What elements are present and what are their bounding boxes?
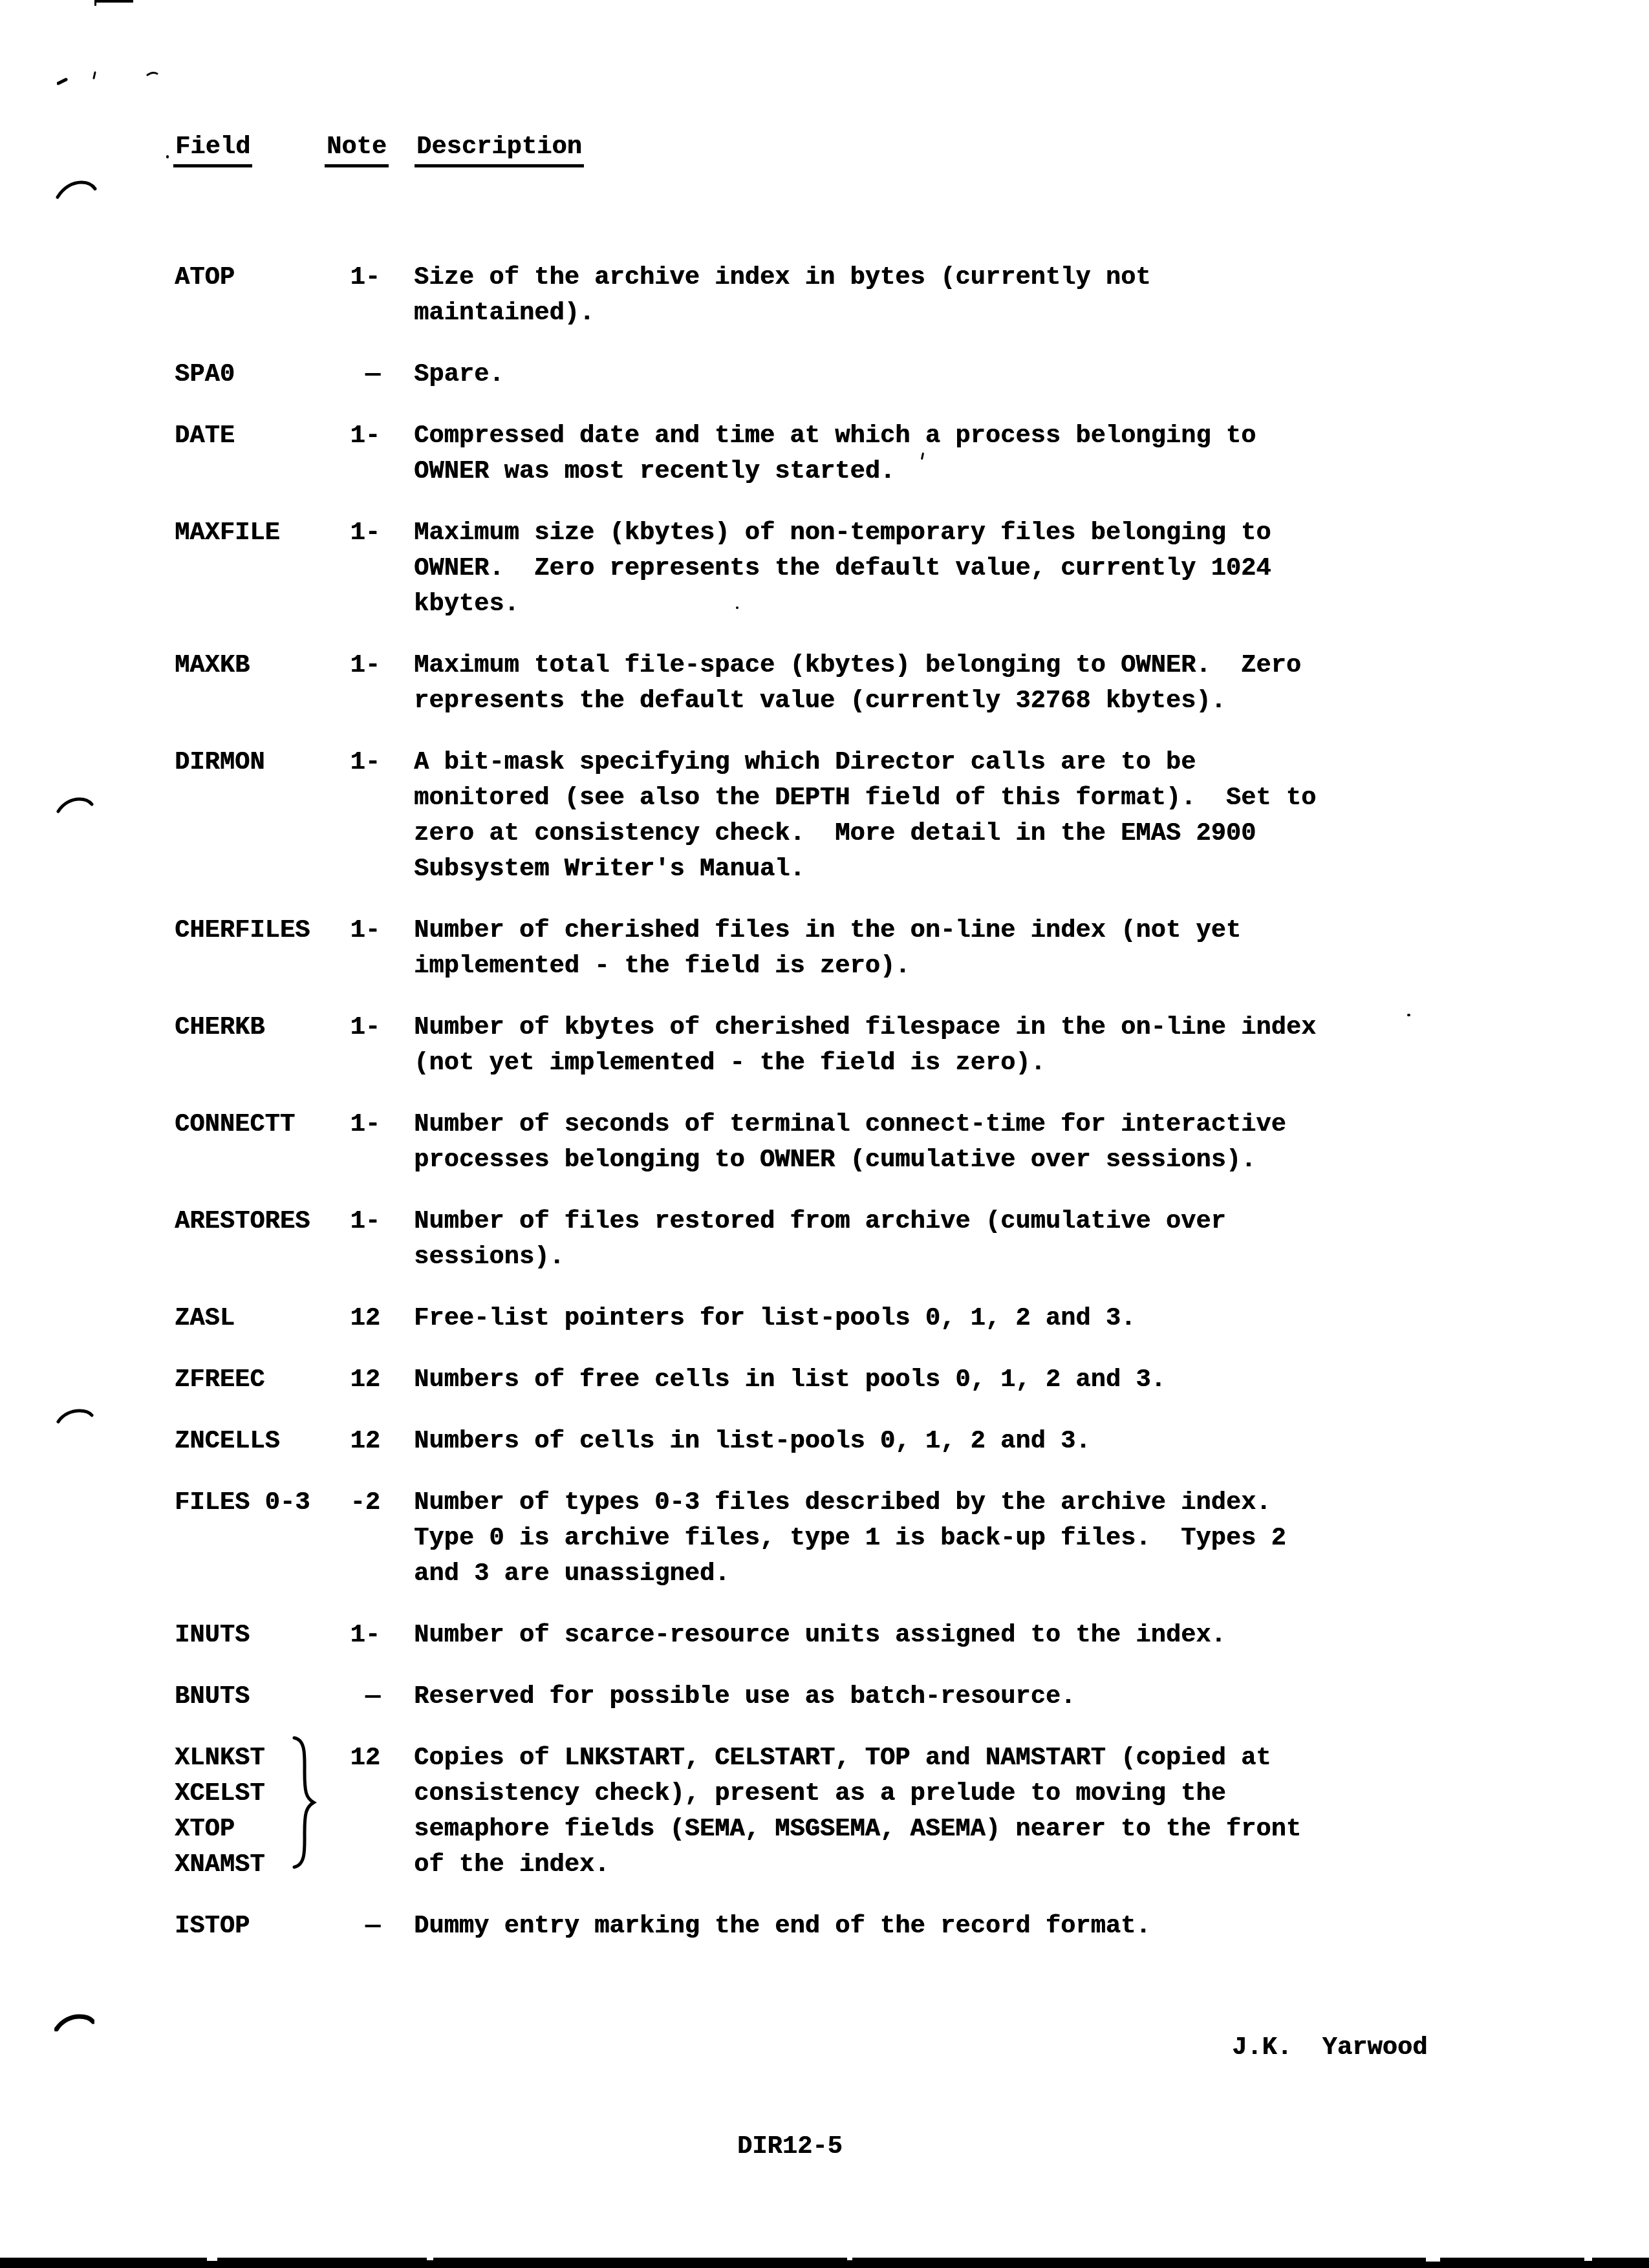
description-line: Spare.	[414, 357, 1649, 392]
note-value: 1-	[278, 515, 380, 551]
description-line: implemented - the field is zero).	[414, 948, 1649, 984]
description-line: Numbers of cells in list-pools 0, 1, 2 a…	[414, 1424, 1649, 1459]
field-labels: INUTS	[175, 1618, 250, 1653]
note-value: 1-	[278, 1204, 380, 1239]
scanned-document: { "header": { "field": "Field", "note": …	[0, 0, 1649, 2268]
description-line: Dummy entry marking the end of the recor…	[414, 1909, 1649, 1944]
description-line: Number of kbytes of cherished filespace …	[414, 1010, 1649, 1045]
field-entry-istop: ISTOP—Dummy entry marking the end of the…	[0, 1909, 1649, 1944]
description-line: represents the default value (currently …	[414, 683, 1649, 719]
field-entry-cherfiles: CHERFILES1-Number of cherished files in …	[0, 913, 1649, 984]
field-label: MAXKB	[175, 648, 250, 683]
column-header-field: Field	[173, 133, 252, 167]
description-line: Number of scarce-resource units assigned…	[414, 1618, 1649, 1653]
description-line: A bit-mask specifying which Director cal…	[414, 745, 1649, 780]
description: Number of types 0-3 files described by t…	[414, 1485, 1649, 1592]
description: Numbers of free cells in list pools 0, 1…	[414, 1362, 1649, 1398]
scan-artifact-notch	[207, 2258, 217, 2261]
field-labels: ZNCELLS	[175, 1424, 280, 1459]
scan-artifact-notch	[847, 2258, 852, 2260]
note-value: 1-	[278, 1107, 380, 1142]
description: Number of files restored from archive (c…	[414, 1204, 1649, 1275]
description-line: Subsystem Writer's Manual.	[414, 851, 1649, 887]
field-labels: ATOP	[175, 260, 235, 295]
field-entry-connectt: CONNECTT1-Number of seconds of terminal …	[0, 1107, 1649, 1178]
description-line: Size of the archive index in bytes (curr…	[414, 260, 1649, 295]
note-value: 12	[278, 1424, 380, 1459]
field-entry-list: ATOP1-Size of the archive index in bytes…	[0, 260, 1649, 1970]
field-labels: ZFREEC	[175, 1362, 265, 1398]
field-labels: ISTOP	[175, 1909, 250, 1944]
field-entry-inuts: INUTS1-Number of scarce-resource units a…	[0, 1618, 1649, 1653]
description-line: Number of seconds of terminal connect-ti…	[414, 1107, 1649, 1142]
description: Number of scarce-resource units assigned…	[414, 1618, 1649, 1653]
field-labels: BNUTS	[175, 1679, 250, 1715]
description-line: OWNER. Zero represents the default value…	[414, 551, 1649, 586]
scan-artifact-notch	[1426, 2258, 1440, 2262]
scan-artifact-top-tick	[94, 0, 96, 6]
scan-artifact-dash	[57, 77, 69, 86]
scan-artifact-curl	[146, 70, 159, 78]
field-labels: CONNECTT	[175, 1107, 295, 1142]
description-line: (not yet implemented - the field is zero…	[414, 1045, 1649, 1081]
description-line: monitored (see also the DEPTH field of t…	[414, 780, 1649, 816]
field-label: CHERKB	[175, 1010, 265, 1045]
field-labels: DIRMON	[175, 745, 265, 780]
description-line: semaphore fields (SEMA, MSGSEMA, ASEMA) …	[414, 1812, 1649, 1847]
description: Compressed date and time at which a proc…	[414, 418, 1649, 489]
note-value: 12	[278, 1740, 380, 1776]
field-label: ZNCELLS	[175, 1424, 280, 1459]
author-signature: J.K. Yarwood	[1232, 2033, 1427, 2062]
note-value: —	[278, 1679, 380, 1715]
note-value: 1-	[278, 745, 380, 780]
note-value: —	[278, 1909, 380, 1944]
description-line: Maximum size (kbytes) of non-temporary f…	[414, 515, 1649, 551]
field-label: INUTS	[175, 1618, 250, 1653]
document-page: Field Note Description ATOP1-Size of the…	[0, 0, 1649, 2268]
description: Number of seconds of terminal connect-ti…	[414, 1107, 1649, 1178]
description-line: Free-list pointers for list-pools 0, 1, …	[414, 1301, 1649, 1336]
scan-artifact-curve	[54, 2013, 94, 2031]
field-labels: ZASL	[175, 1301, 235, 1336]
description-line: Reserved for possible use as batch-resou…	[414, 1679, 1649, 1715]
description: Copies of LNKSTART, CELSTART, TOP and NA…	[414, 1740, 1649, 1883]
description: Numbers of cells in list-pools 0, 1, 2 a…	[414, 1424, 1649, 1459]
field-label: BNUTS	[175, 1679, 250, 1715]
description-line: maintained).	[414, 295, 1649, 331]
description-line: processes belonging to OWNER (cumulative…	[414, 1142, 1649, 1178]
description-line: Copies of LNKSTART, CELSTART, TOP and NA…	[414, 1740, 1649, 1776]
field-label: XLNKST	[175, 1740, 265, 1776]
scan-artifact-notch	[427, 2258, 433, 2260]
note-value: 12	[278, 1362, 380, 1398]
column-header-description: Description	[415, 133, 584, 167]
note-value: 1-	[278, 418, 380, 454]
field-label: DATE	[175, 418, 235, 454]
description-line: zero at consistency check. More detail i…	[414, 816, 1649, 851]
description: Number of kbytes of cherished filespace …	[414, 1010, 1649, 1081]
field-label: DIRMON	[175, 745, 265, 780]
description: Maximum size (kbytes) of non-temporary f…	[414, 515, 1649, 622]
scan-artifact-notch	[1584, 2258, 1592, 2261]
field-labels: XLNKSTXCELSTXTOPXNAMST	[175, 1740, 265, 1883]
description-line: Number of cherished files in the on-line…	[414, 913, 1649, 948]
field-entry-zasl: ZASL12Free-list pointers for list-pools …	[0, 1301, 1649, 1336]
field-entry-dirmon: DIRMON1-A bit-mask specifying which Dire…	[0, 745, 1649, 887]
field-label: ZFREEC	[175, 1362, 265, 1398]
page-number: DIR12-5	[737, 2132, 843, 2161]
note-value: 1-	[278, 1618, 380, 1653]
field-entry-zfreec: ZFREEC12Numbers of free cells in list po…	[0, 1362, 1649, 1398]
field-entry-maxfile: MAXFILE1-Maximum size (kbytes) of non-te…	[0, 515, 1649, 622]
note-value: 12	[278, 1301, 380, 1336]
description-line: of the index.	[414, 1847, 1649, 1883]
description: Maximum total file-space (kbytes) belong…	[414, 648, 1649, 719]
scan-artifact-top-line	[96, 0, 133, 3]
field-label: SPA0	[175, 357, 235, 392]
description-line: Numbers of free cells in list pools 0, 1…	[414, 1362, 1649, 1398]
table-header-row: Field Note Description	[0, 133, 1649, 171]
field-labels: CHERKB	[175, 1010, 265, 1045]
note-value: 1-	[278, 260, 380, 295]
note-value: -2	[278, 1485, 380, 1521]
field-labels: DATE	[175, 418, 235, 454]
field-entry-atop: ATOP1-Size of the archive index in bytes…	[0, 260, 1649, 331]
description-line: OWNER was most recently started.	[414, 454, 1649, 489]
note-value: 1-	[278, 1010, 380, 1045]
field-entry-xlnkst: XLNKSTXCELSTXTOPXNAMST12Copies of LNKSTA…	[0, 1740, 1649, 1883]
field-entry-zncells: ZNCELLS12Numbers of cells in list-pools …	[0, 1424, 1649, 1459]
description: Free-list pointers for list-pools 0, 1, …	[414, 1301, 1649, 1336]
field-entry-cherkb: CHERKB1-Number of kbytes of cherished fi…	[0, 1010, 1649, 1081]
field-label: ZASL	[175, 1301, 235, 1336]
description-line: kbytes.	[414, 586, 1649, 622]
field-label: MAXFILE	[175, 515, 280, 551]
description-line: Maximum total file-space (kbytes) belong…	[414, 648, 1649, 683]
field-label: XCELST	[175, 1776, 265, 1812]
field-label: XTOP	[175, 1812, 265, 1847]
field-labels: MAXFILE	[175, 515, 280, 551]
field-entry-bnuts: BNUTS—Reserved for possible use as batch…	[0, 1679, 1649, 1715]
field-label: ATOP	[175, 260, 235, 295]
field-entry-date: DATE1-Compressed date and time at which …	[0, 418, 1649, 489]
field-label: CONNECTT	[175, 1107, 295, 1142]
description-line: Number of types 0-3 files described by t…	[414, 1485, 1649, 1521]
field-entry-spa0: SPA0—Spare.	[0, 357, 1649, 392]
description-line: Type 0 is archive files, type 1 is back-…	[414, 1521, 1649, 1556]
description-line: Compressed date and time at which a proc…	[414, 418, 1649, 454]
description: Reserved for possible use as batch-resou…	[414, 1679, 1649, 1715]
note-value: 1-	[278, 913, 380, 948]
field-entry-maxkb: MAXKB1-Maximum total file-space (kbytes)…	[0, 648, 1649, 719]
note-value: —	[278, 357, 380, 392]
note-value: 1-	[278, 648, 380, 683]
scan-artifact-tick	[91, 71, 98, 80]
column-header-note: Note	[325, 133, 389, 167]
description-line: Number of files restored from archive (c…	[414, 1204, 1649, 1239]
field-labels: MAXKB	[175, 648, 250, 683]
field-labels: SPA0	[175, 357, 235, 392]
description: A bit-mask specifying which Director cal…	[414, 745, 1649, 887]
field-label: XNAMST	[175, 1847, 265, 1883]
description: Spare.	[414, 357, 1649, 392]
field-entry-arestores: ARESTORES1-Number of files restored from…	[0, 1204, 1649, 1275]
field-entry-files-0-3: FILES 0-3-2Number of types 0-3 files des…	[0, 1485, 1649, 1592]
description-line: consistency check), present as a prelude…	[414, 1776, 1649, 1812]
description: Number of cherished files in the on-line…	[414, 913, 1649, 984]
description: Size of the archive index in bytes (curr…	[414, 260, 1649, 331]
scan-artifact-bottom-bar	[0, 2258, 1649, 2268]
field-label: ISTOP	[175, 1909, 250, 1944]
description-line: and 3 are unassigned.	[414, 1556, 1649, 1592]
description-line: sessions).	[414, 1239, 1649, 1275]
scan-artifact-curve	[56, 180, 97, 199]
description: Dummy entry marking the end of the recor…	[414, 1909, 1649, 1944]
